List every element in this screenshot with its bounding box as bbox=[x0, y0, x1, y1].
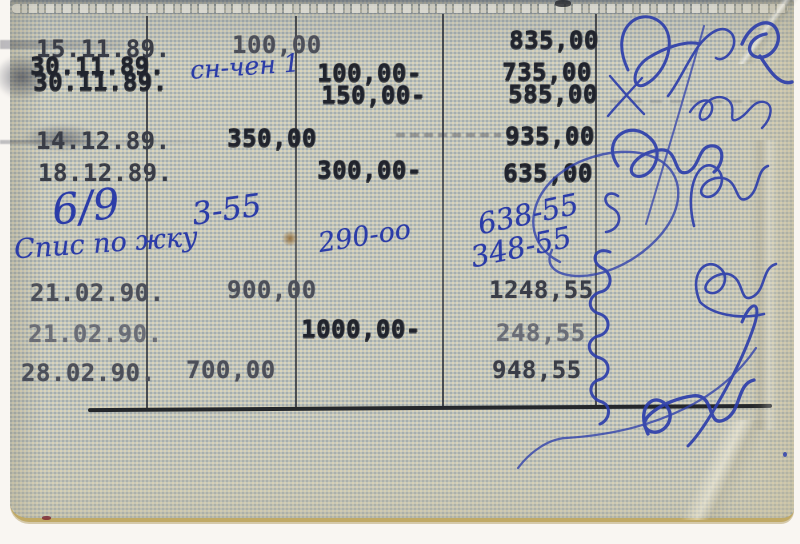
entry-balance: 248,55 bbox=[496, 321, 586, 345]
entry-date-overstruck: 30.11.89. bbox=[33, 70, 168, 94]
handwritten-row-label: 6/9 bbox=[50, 179, 122, 235]
binding-stitch-edge bbox=[12, 4, 788, 13]
entry-deposit: 700,00 bbox=[186, 358, 276, 382]
entry-balance: 835,00 bbox=[509, 28, 599, 52]
entry-withdrawal: 300,00- bbox=[317, 158, 422, 182]
edge-speck bbox=[42, 516, 51, 520]
scan-streak bbox=[396, 133, 501, 137]
column-rule-4 bbox=[595, 14, 597, 407]
ink-speck bbox=[783, 452, 787, 457]
edge-mark bbox=[555, 0, 571, 7]
entry-deposit: 900,00 bbox=[227, 278, 317, 302]
entry-withdrawal: 150,00- bbox=[321, 83, 426, 107]
entry-deposit: 350,00 bbox=[227, 126, 317, 150]
entry-date: 21.02.90. bbox=[30, 281, 165, 305]
entry-balance: 635,00 bbox=[503, 161, 593, 185]
column-rule-3 bbox=[442, 14, 444, 408]
scanned-passbook-page: 15.11.89. 100,00 835,00 30.11.89. 30.11.… bbox=[0, 0, 800, 544]
entry-date: 21.02.90. bbox=[28, 322, 163, 346]
entry-date: 28.02.90. bbox=[21, 361, 156, 385]
scan-streak bbox=[610, 100, 760, 103]
entry-balance: 1248,55 bbox=[489, 278, 594, 302]
entry-balance: 948,55 bbox=[492, 358, 582, 382]
entry-balance: 585,00 bbox=[508, 82, 598, 106]
rust-stain bbox=[281, 231, 299, 246]
entry-balance: 935,00 bbox=[505, 124, 595, 148]
entry-withdrawal: 1000,00- bbox=[301, 317, 421, 341]
entry-date: 14.12.89. bbox=[36, 129, 171, 153]
